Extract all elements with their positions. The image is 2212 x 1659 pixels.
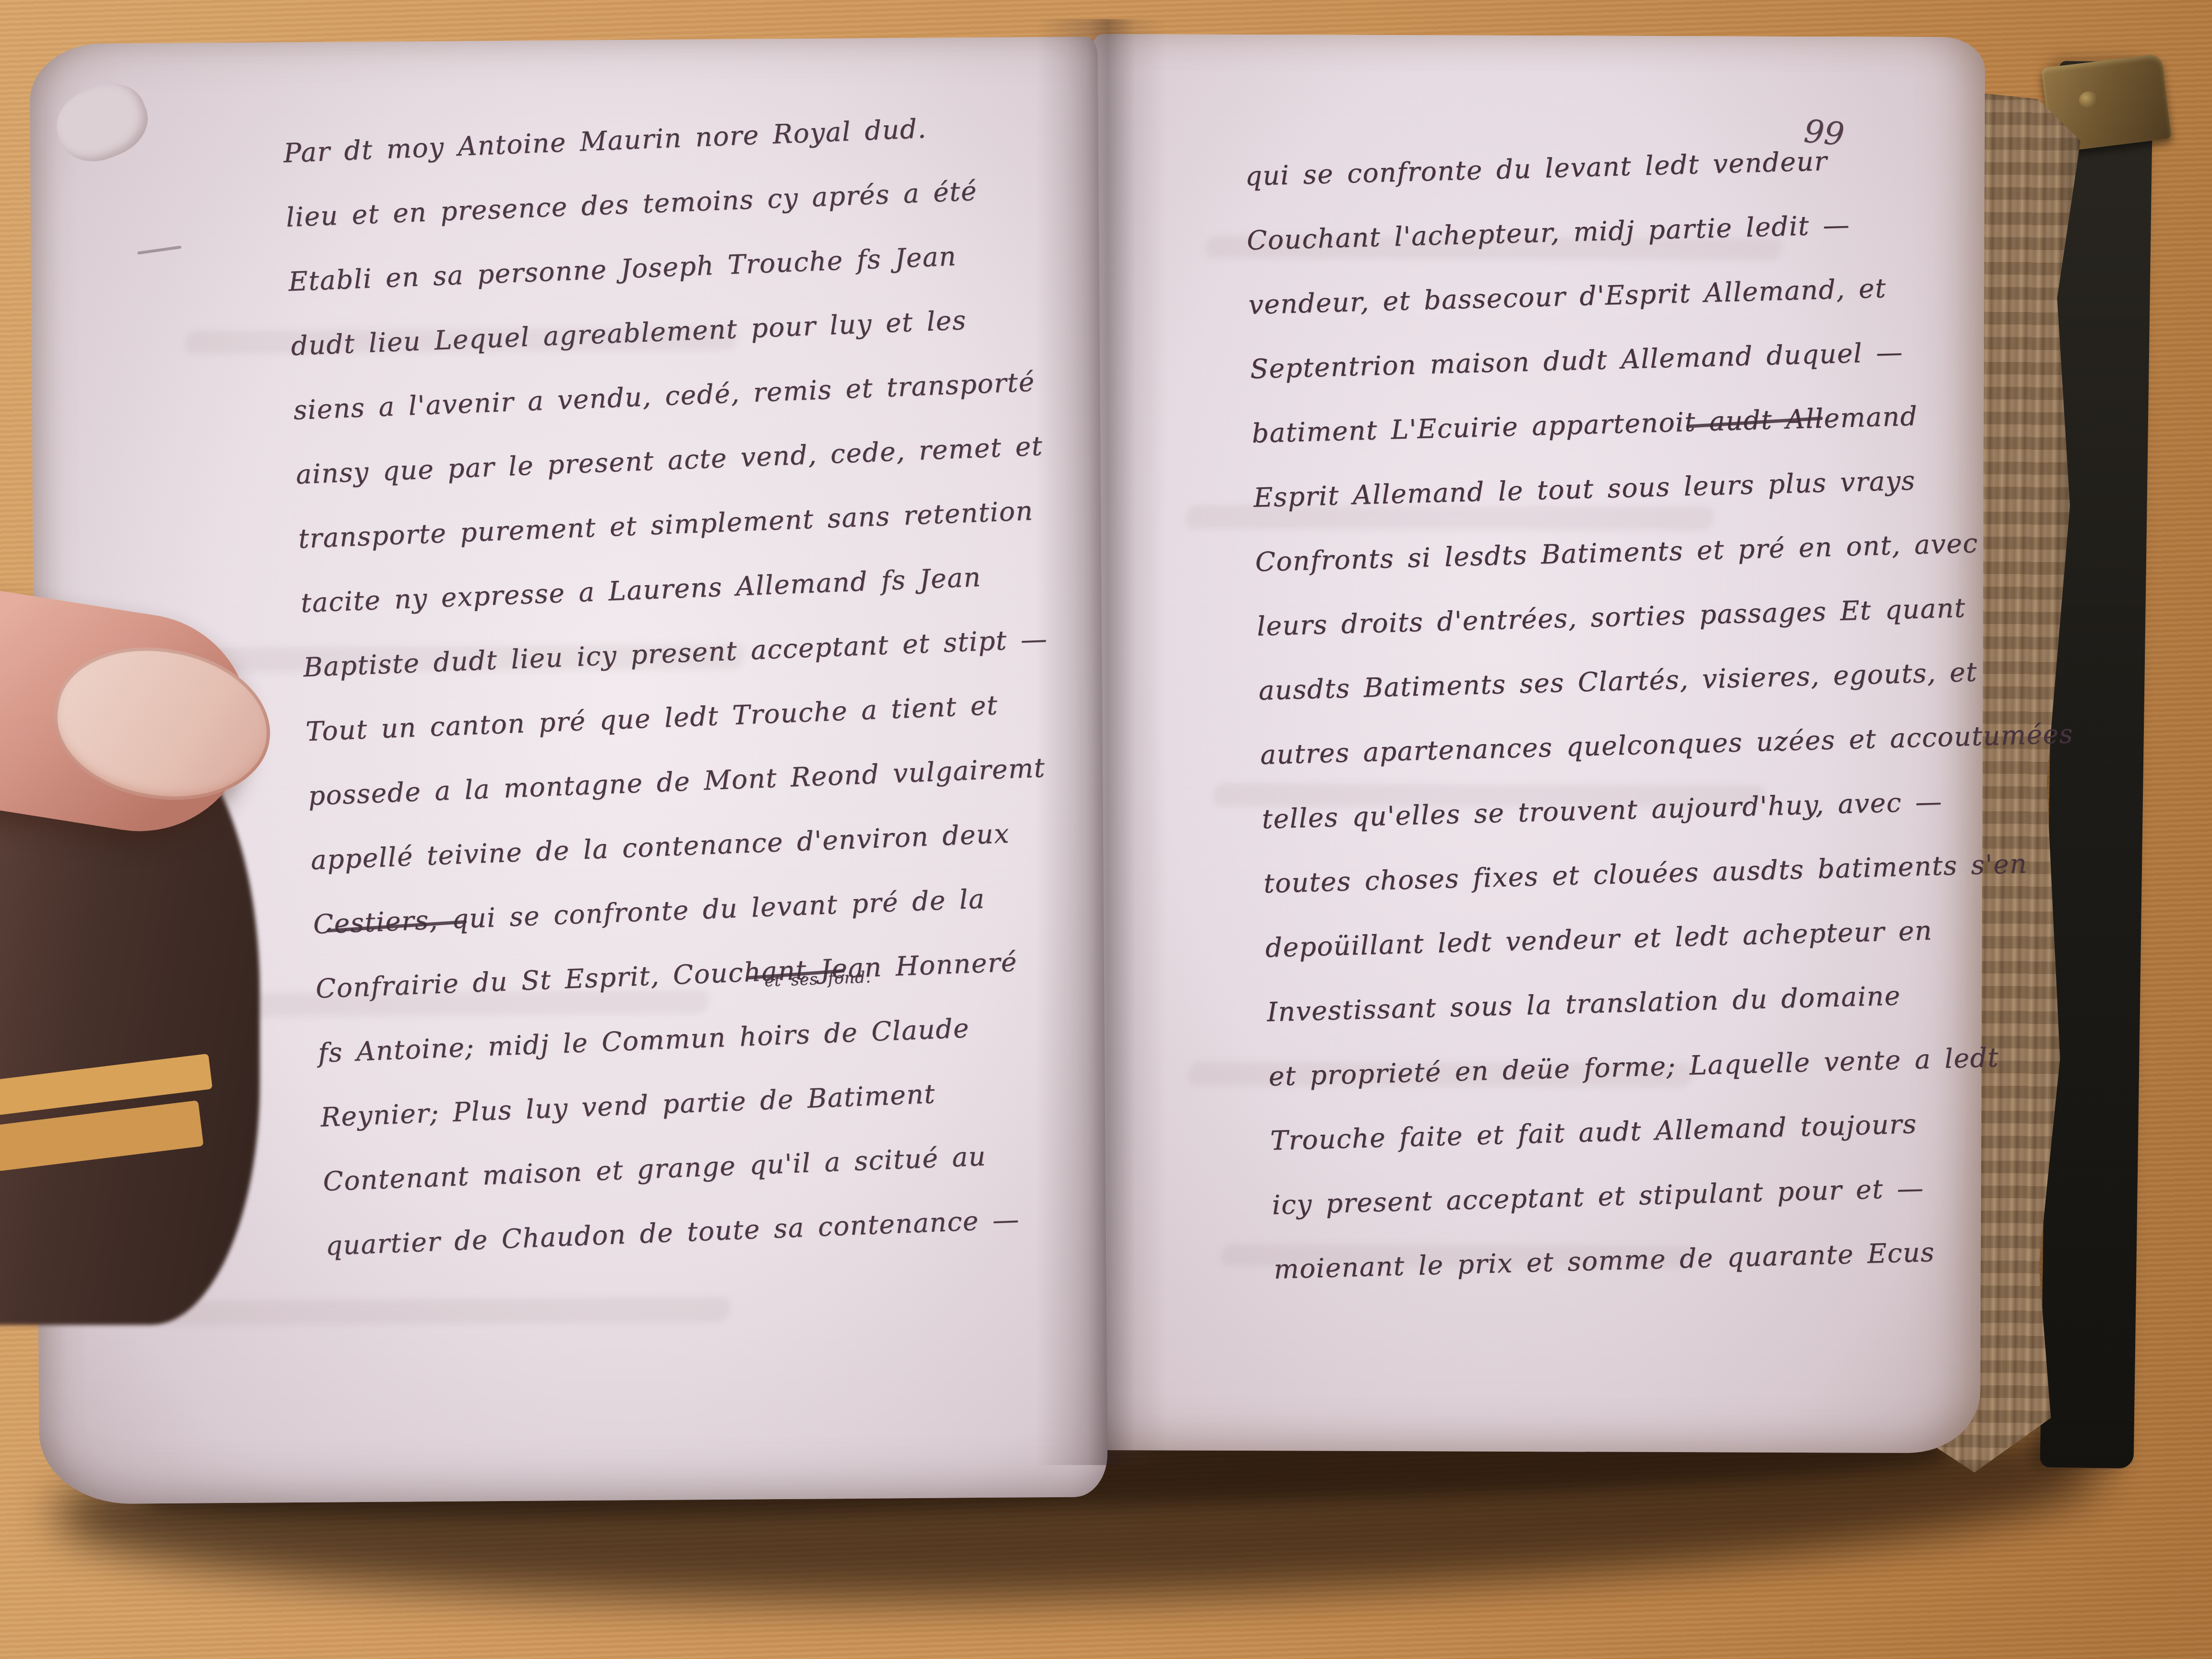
clasp-rivet [2078, 90, 2099, 109]
photo-of-open-manuscript-book: et ses fond. Par dt moy Antoine Maurin n… [0, 0, 2212, 1659]
left-page-text: et ses fond. Par dt moy Antoine Maurin n… [282, 90, 1142, 1278]
right-page-text: qui se confronte du levant ledt vendeurC… [1244, 124, 2023, 1301]
interlinear-note: et ses fond. [764, 969, 871, 989]
ink-bleed-through [161, 1297, 731, 1326]
page-number: 99 [1803, 112, 1846, 153]
